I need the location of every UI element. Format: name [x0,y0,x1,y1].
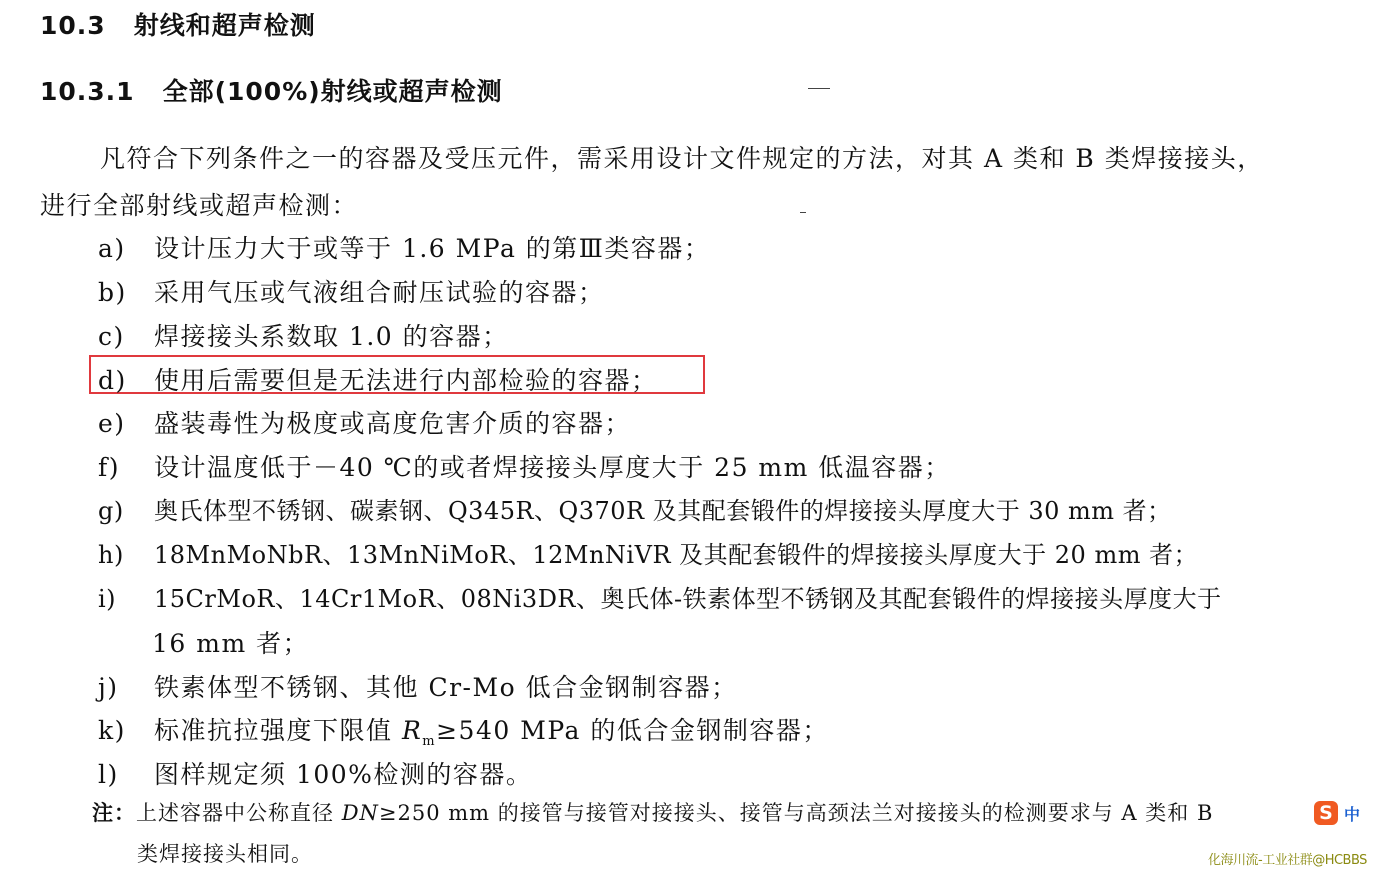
item-text: 盛装毒性为极度或高度危害介质的容器； [154,409,631,438]
sogou-ime-icon[interactable]: S [1314,801,1338,825]
item-text: 18MnMoNbR、13MnNiMoR、12MnNiVR 及其配套锻件的焊接接头… [154,541,1198,569]
item-text-before: 标准抗拉强度下限值 [154,716,402,745]
ime-toolbar[interactable]: S 中 [1314,800,1376,826]
item-text: 焊接接头系数取 1.0 的容器； [154,322,509,351]
list-item-l: l)图样规定须 100%检测的容器。 [98,755,532,791]
item-label: f) [98,453,154,482]
item-text: 使用后需要但是无法进行内部检验的容器； [154,366,658,395]
note-text-after: ≥250 mm 的接管与接管对接接头、接管与高颈法兰对接接头的检测要求与 A 类… [379,801,1213,825]
item-label: a) [98,234,154,263]
subsection-heading: 10.3.1全部(100%)射线或超声检测 [40,72,503,108]
scan-artifact [800,212,806,213]
subsection-title: 全部(100%)射线或超声检测 [163,77,503,106]
list-item-h: h)18MnMoNbR、13MnNiMoR、12MnNiVR 及其配套锻件的焊接… [98,535,1198,570]
item-label: c) [98,322,154,351]
intro-line-1: 凡符合下列条件之一的容器及受压元件，需采用设计文件规定的方法，对其 A 类和 B… [100,139,1264,175]
list-item-c: c)焊接接头系数取 1.0 的容器； [98,317,509,353]
list-item-f: f)设计温度低于－40 ℃的或者焊接接头厚度大于 25 mm 低温容器； [98,448,951,484]
dn-symbol: DN [342,801,379,825]
rm-symbol: R [402,716,422,745]
item-label: j) [98,673,154,702]
item-label: l) [98,760,154,789]
item-text: 设计温度低于－40 ℃的或者焊接接头厚度大于 25 mm 低温容器； [154,453,951,482]
intro-line-2: 进行全部射线或超声检测： [40,186,358,222]
item-text: 采用气压或气液组合耐压试验的容器； [154,278,605,307]
item-label: d) [98,366,154,395]
list-item-e: e)盛装毒性为极度或高度危害介质的容器； [98,404,631,440]
list-item-g: g)奥氏体型不锈钢、碳素钢、Q345R、Q370R 及其配套锻件的焊接接头厚度大… [98,491,1172,526]
note-line-1: 注：上述容器中公称直径 DN≥250 mm 的接管与接管对接接头、接管与高颈法兰… [92,797,1213,827]
note-text-before: 上述容器中公称直径 [136,801,342,825]
item-label: h) [98,541,154,569]
item-label: i) [98,585,154,613]
section-heading: 10.3射线和超声检测 [40,6,316,42]
scan-artifact [808,88,830,89]
watermark: 化海川流-工业社群@HCBBS [1208,849,1367,868]
item-label: b) [98,278,154,307]
subsection-number: 10.3.1 [40,77,135,106]
ime-language-toggle[interactable]: 中 [1344,802,1360,825]
section-number: 10.3 [40,11,106,40]
list-item-i: i)15CrMoR、14Cr1MoR、08Ni3DR、奥氏体-铁素体型不锈钢及其… [98,579,1222,614]
item-text: 设计压力大于或等于 1.6 MPa 的第Ⅲ类容器； [154,234,710,263]
list-item-b: b)采用气压或气液组合耐压试验的容器； [98,273,605,309]
list-item-d: d)使用后需要但是无法进行内部检验的容器； [98,361,658,397]
item-label: e) [98,409,154,438]
section-title: 射线和超声检测 [134,11,316,40]
item-text: 铁素体型不锈钢、其他 Cr-Mo 低合金钢制容器； [154,673,738,702]
list-item-a: a)设计压力大于或等于 1.6 MPa 的第Ⅲ类容器； [98,229,710,265]
rm-subscript: m [422,734,436,749]
item-text: 15CrMoR、14Cr1MoR、08Ni3DR、奥氏体-铁素体型不锈钢及其配套… [154,585,1222,613]
note-line-2: 类焊接接头相同。 [137,838,313,868]
item-text: 奥氏体型不锈钢、碳素钢、Q345R、Q370R 及其配套锻件的焊接接头厚度大于 … [154,497,1172,525]
note-label: 注： [92,800,136,825]
list-item-i-continuation: 16 mm 者； [152,624,309,660]
item-label: k) [98,716,154,745]
item-text-after: ≥540 MPa 的低合金钢制容器； [436,716,829,745]
item-label: g) [98,497,154,525]
list-item-k: k)标准抗拉强度下限值 Rm≥540 MPa 的低合金钢制容器； [98,711,829,749]
list-item-j: j)铁素体型不锈钢、其他 Cr-Mo 低合金钢制容器； [98,668,738,704]
item-text: 图样规定须 100%检测的容器。 [154,760,532,789]
